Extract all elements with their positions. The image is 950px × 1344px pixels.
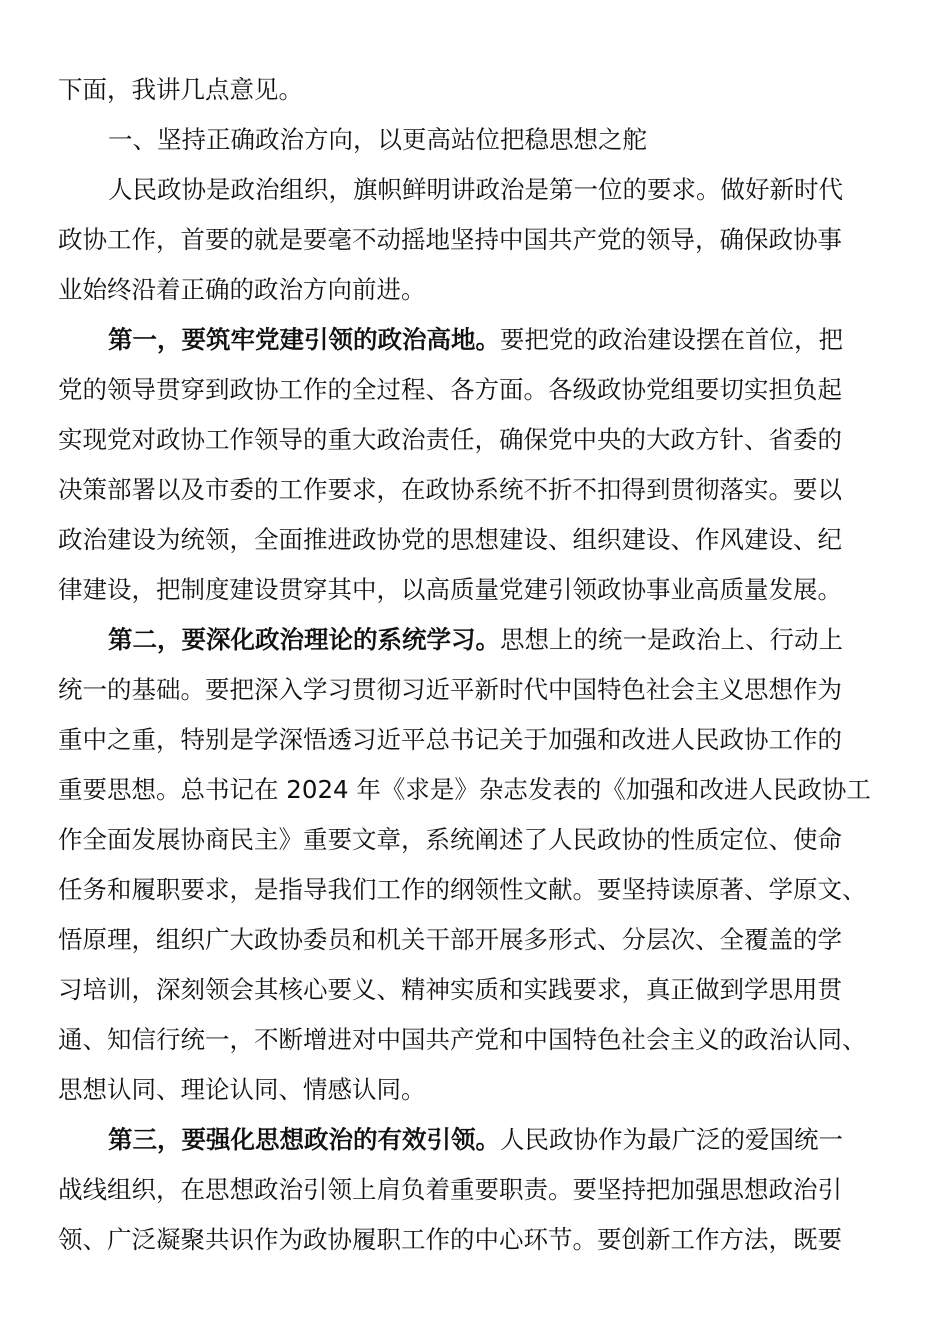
- paragraph-line: 习培训，深刻领会其核心要义、精神实质和实践要求，真正做到学思用贯: [58, 965, 878, 1015]
- paragraph-line: 第一，要筑牢党建引领的政治高地。要把党的政治建设摆在首位，把: [108, 315, 878, 365]
- paragraph-line: 第三，要强化思想政治的有效引领。人民政协作为最广泛的爱国统一: [108, 1115, 878, 1165]
- paragraph-line: 人民政协是政治组织，旗帜鲜明讲政治是第一位的要求。做好新时代: [108, 165, 878, 215]
- paragraph-text: 要把党的政治建设摆在首位，把: [500, 325, 843, 354]
- paragraph-line: 重要思想。总书记在 2024 年《求是》杂志发表的《加强和改进人民政协工: [58, 765, 878, 815]
- paragraph-line: 律建设，把制度建设贯穿其中，以高质量党建引领政协事业高质量发展。: [58, 565, 878, 615]
- paragraph-line: 悟原理，组织广大政协委员和机关干部开展多形式、分层次、全覆盖的学: [58, 915, 878, 965]
- section-heading: 一、坚持正确政治方向，以更高站位把稳思想之舵: [108, 115, 878, 165]
- point-heading: 第三，要强化思想政治的有效引领。: [108, 1125, 500, 1154]
- paragraph-line: 实现党对政协工作领导的重大政治责任，确保党中央的大政方针、省委的: [58, 415, 878, 465]
- paragraph-line: 业始终沿着正确的政治方向前进。: [58, 265, 878, 315]
- paragraph-line: 政治建设为统领，全面推进政协党的思想建设、组织建设、作风建设、纪: [58, 515, 878, 565]
- document-page: 下面，我讲几点意见。 一、坚持正确政治方向，以更高站位把稳思想之舵 人民政协是政…: [0, 0, 950, 1344]
- paragraph-line: 作全面发展协商民主》重要文章，系统阐述了人民政协的性质定位、使命: [58, 815, 878, 865]
- paragraph-line: 政协工作，首要的就是要毫不动摇地坚持中国共产党的领导，确保政协事: [58, 215, 878, 265]
- point-heading: 第一，要筑牢党建引领的政治高地。: [108, 325, 500, 354]
- paragraph-line: 战线组织，在思想政治引领上肩负着重要职责。要坚持把加强思想政治引: [58, 1165, 878, 1215]
- point-heading: 第二，要深化政治理论的系统学习。: [108, 625, 500, 654]
- paragraph-line: 通、知信行统一，不断增进对中国共产党和中国特色社会主义的政治认同、: [58, 1015, 878, 1065]
- paragraph-line: 党的领导贯穿到政协工作的全过程、各方面。各级政协党组要切实担负起: [58, 365, 878, 415]
- paragraph-line: 第二，要深化政治理论的系统学习。思想上的统一是政治上、行动上: [108, 615, 878, 665]
- paragraph-line: 下面，我讲几点意见。: [58, 65, 878, 115]
- paragraph-line: 领、广泛凝聚共识作为政协履职工作的中心环节。要创新工作方法，既要: [58, 1215, 878, 1265]
- paragraph-line: 思想认同、理论认同、情感认同。: [58, 1065, 878, 1115]
- paragraph-line: 决策部署以及市委的工作要求，在政协系统不折不扣得到贯彻落实。要以: [58, 465, 878, 515]
- paragraph-text: 思想上的统一是政治上、行动上: [500, 625, 843, 654]
- paragraph-text: 人民政协作为最广泛的爱国统一: [500, 1125, 843, 1154]
- paragraph-line: 统一的基础。要把深入学习贯彻习近平新时代中国特色社会主义思想作为: [58, 665, 878, 715]
- paragraph-line: 任务和履职要求，是指导我们工作的纲领性文献。要坚持读原著、学原文、: [58, 865, 878, 915]
- paragraph-line: 重中之重，特别是学深悟透习近平总书记关于加强和改进人民政协工作的: [58, 715, 878, 765]
